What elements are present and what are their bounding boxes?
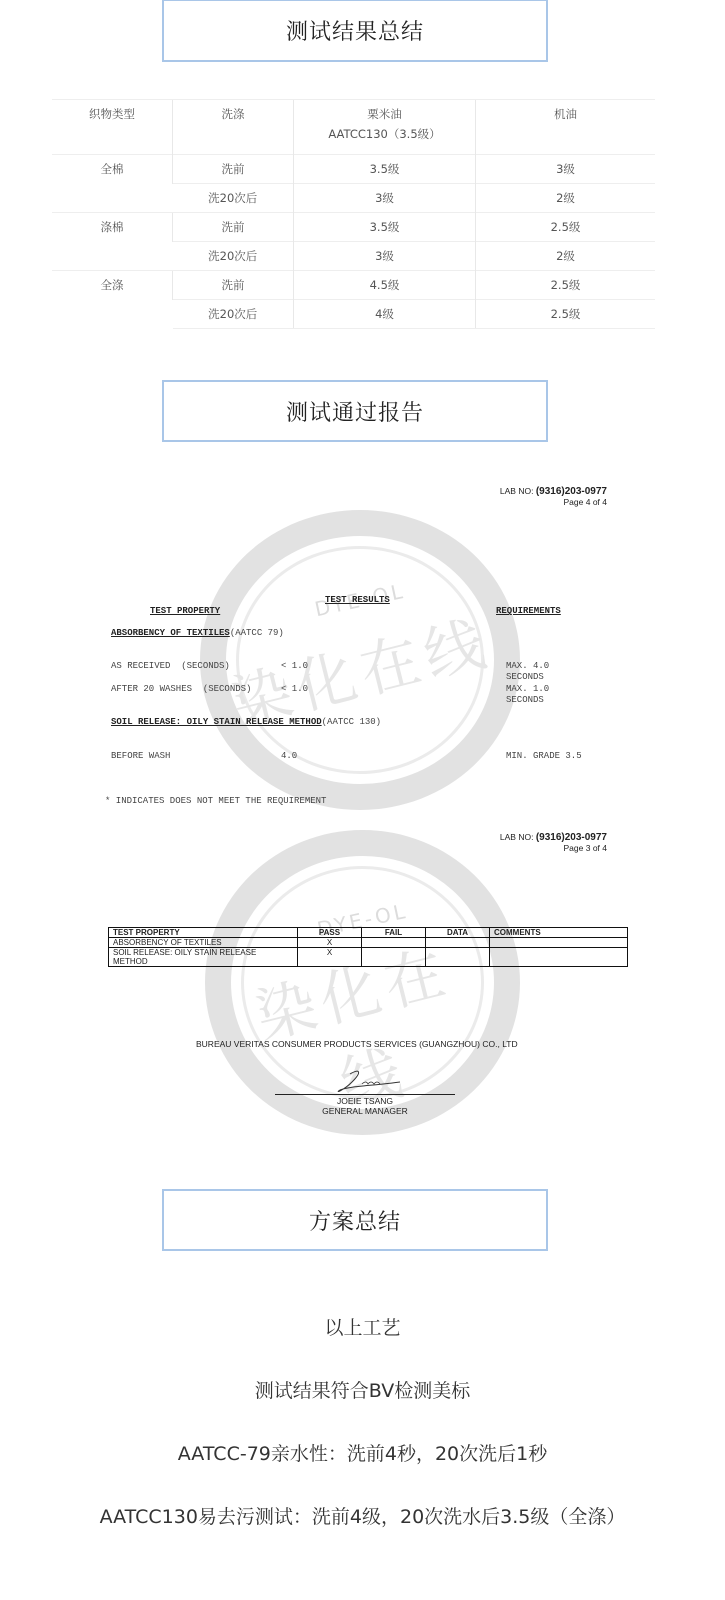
table-header-row: 织物类型 洗涤 栗米油 AATCC130（3.5级） 机油 <box>52 100 655 155</box>
pass-fail-table: TEST PROPERTY PASS FAIL DATA COMMENTS AB… <box>108 927 628 967</box>
header-corn-oil: 栗米油 AATCC130（3.5级） <box>294 100 476 155</box>
corn-oil-cell: 3级 <box>294 184 476 213</box>
corn-oil-cell: 3.5级 <box>294 155 476 184</box>
col-test-property: TEST PROPERTY <box>150 606 220 616</box>
table-row: 全涤 洗前 4.5级 2.5级 <box>52 271 655 300</box>
wash-cell: 洗20次后 <box>173 184 294 213</box>
section-header-test-summary: 测试结果总结 <box>162 0 548 62</box>
corn-oil-cell: 3级 <box>294 242 476 271</box>
corn-oil-cell: 4.5级 <box>294 271 476 300</box>
as-received-req-unit: SECONDS <box>506 672 544 682</box>
as-received-req: MAX. 4.0 <box>506 661 549 671</box>
corn-oil-cell: 3.5级 <box>294 213 476 242</box>
table-row: 涤棉 洗前 3.5级 2.5级 <box>52 213 655 242</box>
section-header-plan-summary: 方案总结 <box>162 1189 548 1251</box>
motor-oil-cell: 2.5级 <box>476 271 656 300</box>
motor-oil-cell: 2级 <box>476 242 656 271</box>
corn-oil-cell: 4级 <box>294 300 476 329</box>
summary-line: 测试结果符合BV检测美标 <box>0 1376 725 1403</box>
signer-name: JOEIE TSANG <box>0 1096 725 1106</box>
signature-icon <box>330 1066 405 1096</box>
after-washes-label: AFTER 20 WASHES (SECONDS) <box>111 684 251 694</box>
col-requirements: REQUIREMENTS <box>496 606 561 616</box>
wash-cell: 洗前 <box>173 271 294 300</box>
section-header-test-report: 测试通过报告 <box>162 380 548 442</box>
wash-cell: 洗前 <box>173 213 294 242</box>
table-row: 全棉 洗前 3.5级 3级 <box>52 155 655 184</box>
wash-cell: 洗20次后 <box>173 242 294 271</box>
lab-no-value: (9316)203-0977 <box>536 486 607 497</box>
header-corn-oil-sub: AATCC130（3.5级） <box>294 124 475 144</box>
as-received-result: < 1.0 <box>281 661 308 671</box>
after-washes-req: MAX. 1.0 <box>506 684 549 694</box>
section-title: 测试通过报告 <box>286 396 424 427</box>
lab-no-value: (9316)203-0977 <box>536 832 607 843</box>
summary-line: AATCC-79亲水性：洗前4秒，20次洗后1秒 <box>0 1439 725 1466</box>
motor-oil-cell: 2.5级 <box>476 300 656 329</box>
lab-no-label: LAB NO: <box>500 486 534 496</box>
test-report-image: DYE-OL 染化在线 DYE-OL 染化在线 LAB NO: (9316)20… <box>0 470 725 1160</box>
lab-number-page4: LAB NO: (9316)203-0977 Page 4 of 4 <box>500 486 607 507</box>
header-corn-oil-label: 栗米油 <box>294 104 475 124</box>
motor-oil-cell: 2.5级 <box>476 213 656 242</box>
page-indicator: Page 3 of 4 <box>500 843 607 853</box>
header-fabric-type: 织物类型 <box>52 100 173 155</box>
signature-line <box>275 1094 455 1095</box>
table-row: SOIL RELEASE: OILY STAIN RELEASE METHOD … <box>109 948 628 967</box>
watermark-stamp: DYE-OL 染化在线 <box>200 510 520 810</box>
pass-fail-header: TEST PROPERTY PASS FAIL DATA COMMENTS <box>109 928 628 938</box>
summary-line: AATCC130易去污测试：洗前4级，20次洗水后3.5级（全涤） <box>0 1502 725 1529</box>
footnote: * INDICATES DOES NOT MEET THE REQUIREMEN… <box>105 796 326 806</box>
before-wash-result: 4.0 <box>281 751 297 761</box>
page-indicator: Page 4 of 4 <box>500 497 607 507</box>
results-summary-table: 织物类型 洗涤 栗米油 AATCC130（3.5级） 机油 全棉 洗前 3.5级… <box>52 99 655 329</box>
absorbency-heading: ABSORBENCY OF TEXTILES(AATCC 79) <box>111 628 284 638</box>
section-title: 方案总结 <box>309 1205 401 1236</box>
before-wash-req: MIN. GRADE 3.5 <box>506 751 582 761</box>
as-received-label: AS RECEIVED (SECONDS) <box>111 661 230 671</box>
section-title: 测试结果总结 <box>286 15 424 46</box>
motor-oil-cell: 3级 <box>476 155 656 184</box>
lab-number-page3: LAB NO: (9316)203-0977 Page 3 of 4 <box>500 832 607 853</box>
header-wash: 洗涤 <box>173 100 294 155</box>
fabric-cell: 涤棉 <box>52 213 173 271</box>
fabric-cell: 全涤 <box>52 271 173 329</box>
table-row: ABSORBENCY OF TEXTILES X <box>109 938 628 948</box>
after-washes-req-unit: SECONDS <box>506 695 544 705</box>
company-name: BUREAU VERITAS CONSUMER PRODUCTS SERVICE… <box>196 1039 518 1049</box>
wash-cell: 洗20次后 <box>173 300 294 329</box>
fabric-cell: 全棉 <box>52 155 173 213</box>
header-motor-oil: 机油 <box>476 100 656 155</box>
col-test-results: TEST RESULTS <box>325 595 390 605</box>
motor-oil-cell: 2级 <box>476 184 656 213</box>
soil-release-heading: SOIL RELEASE: OILY STAIN RELEASE METHOD(… <box>111 717 381 727</box>
signer-title: GENERAL MANAGER <box>0 1106 725 1116</box>
lab-no-label: LAB NO: <box>500 832 534 842</box>
before-wash-label: BEFORE WASH <box>111 751 170 761</box>
after-washes-result: < 1.0 <box>281 684 308 694</box>
wash-cell: 洗前 <box>173 155 294 184</box>
summary-line: 以上工艺 <box>0 1313 725 1340</box>
